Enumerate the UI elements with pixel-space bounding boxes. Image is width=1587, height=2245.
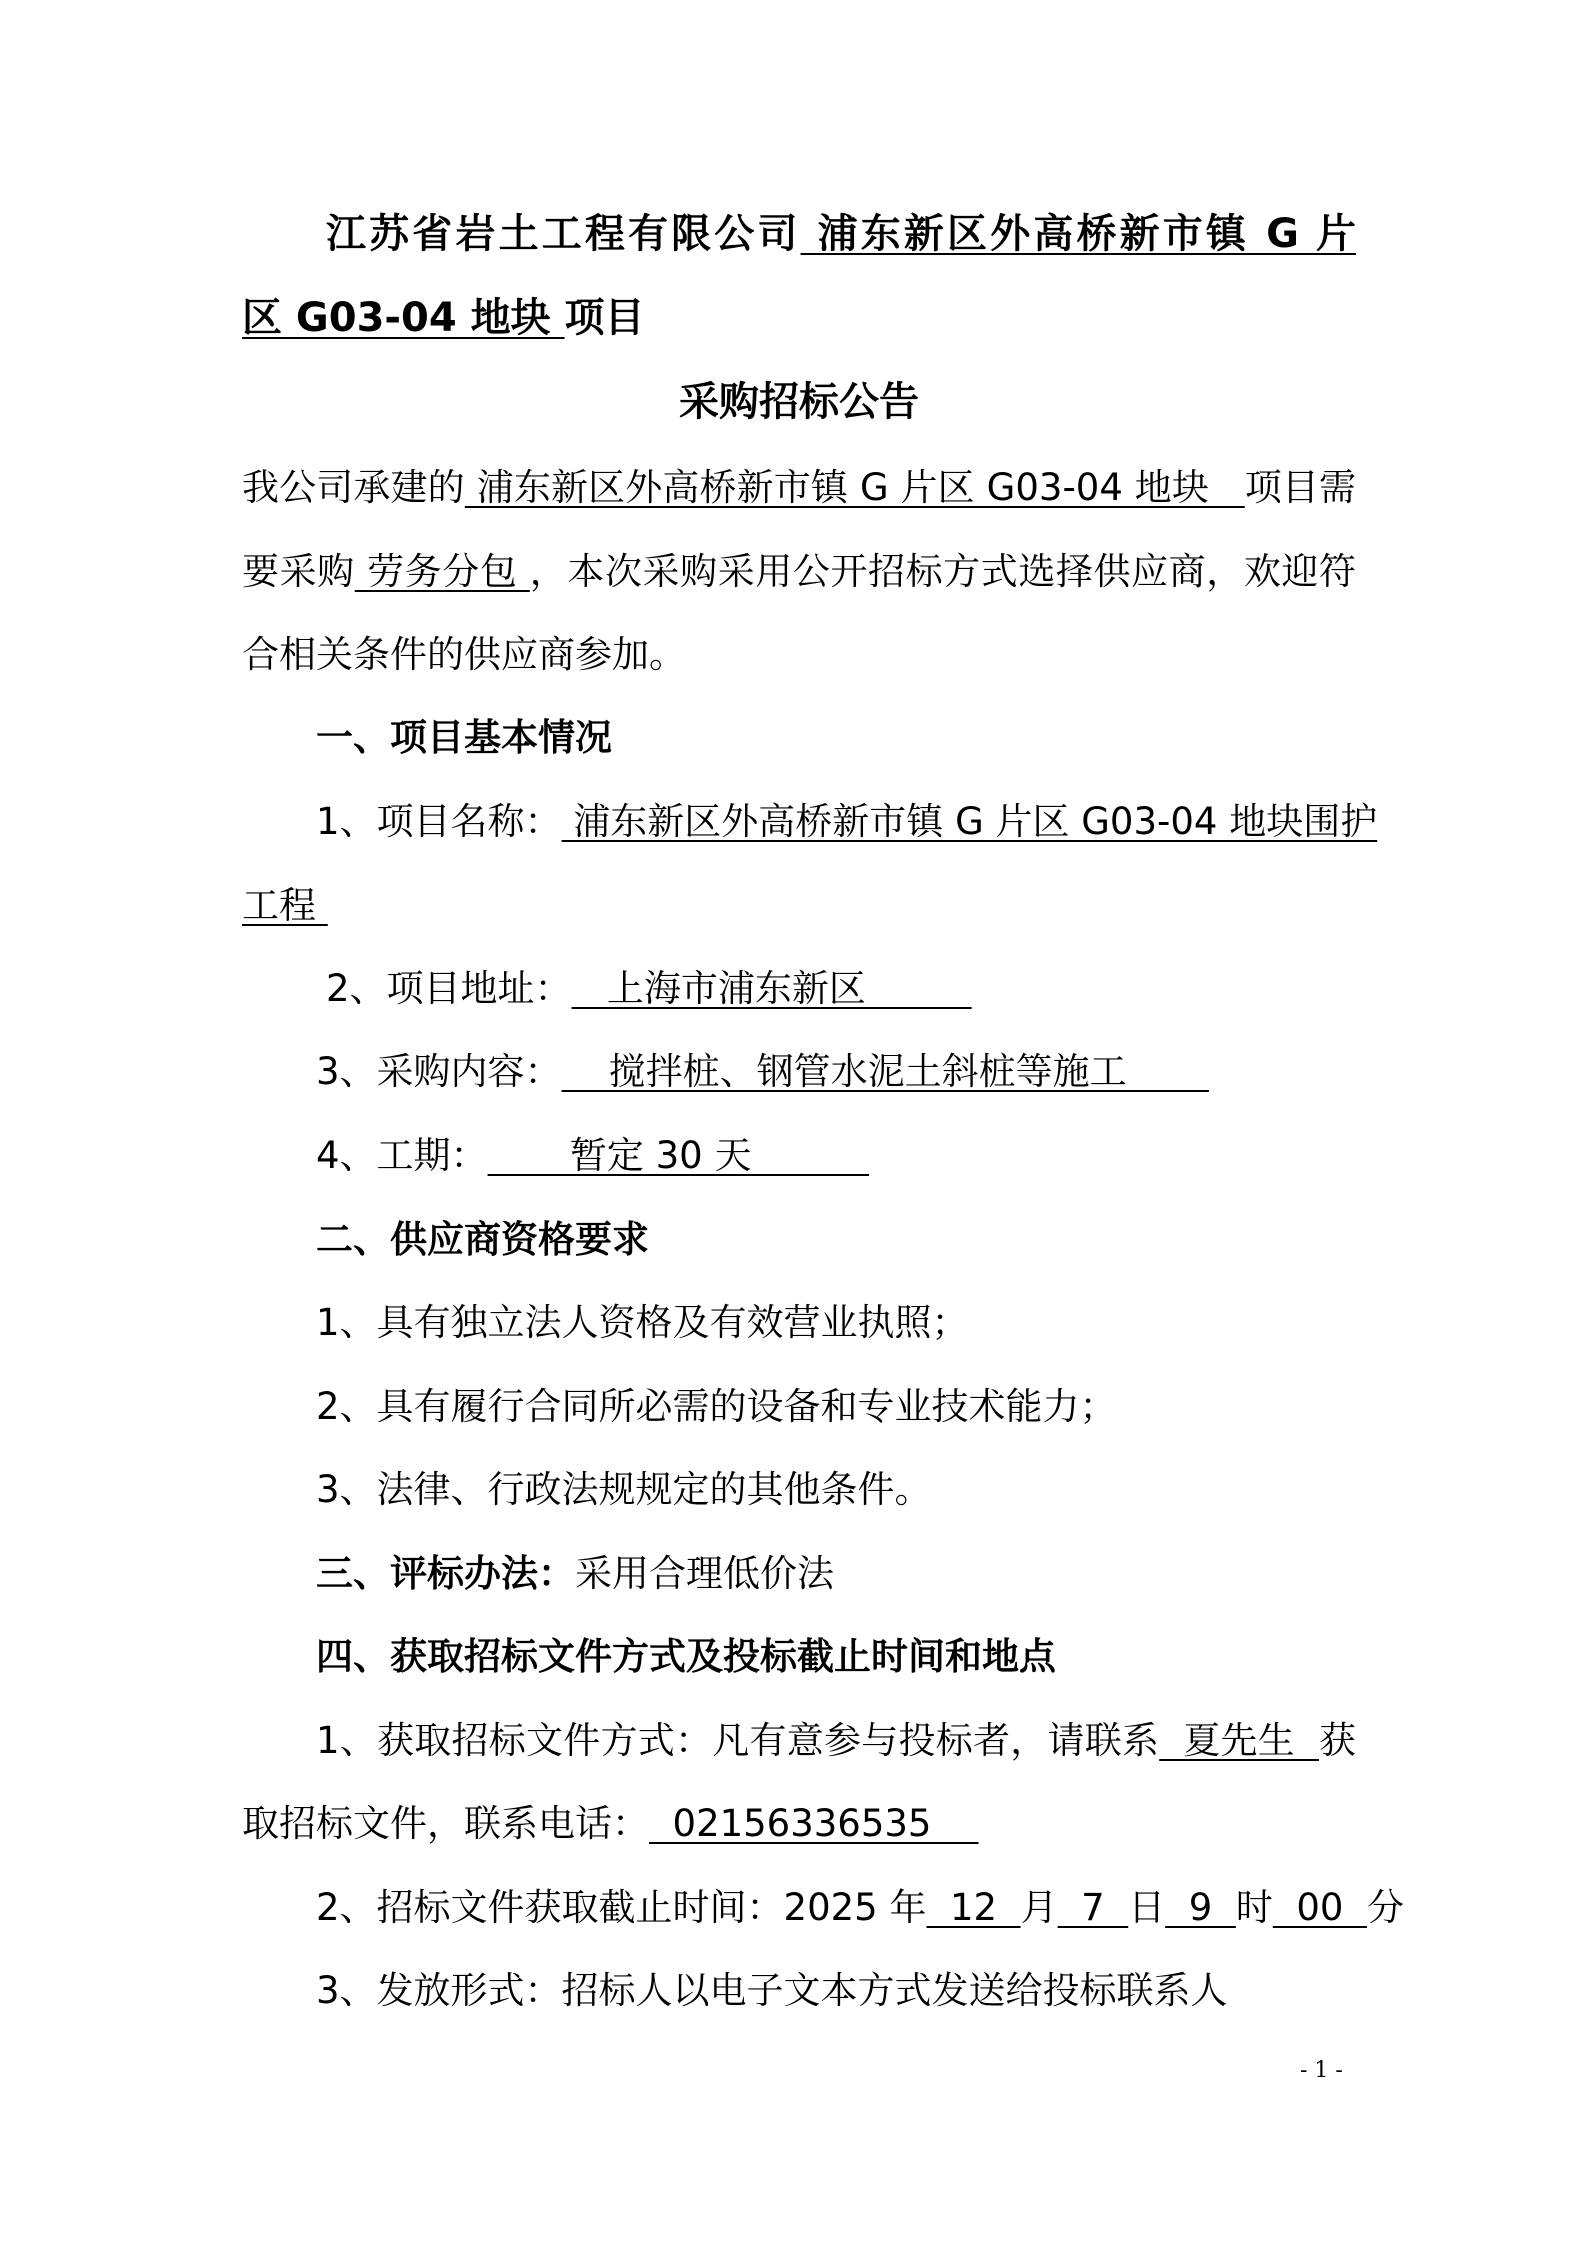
intro-line-3: 合相关条件的供应商参加。 — [242, 633, 1356, 677]
duration-row: 4、工期： 暂定 30 天 — [316, 1134, 1356, 1178]
evaluation-method: 采用合理低价法 — [575, 1552, 834, 1595]
duration-label: 4、工期： — [316, 1134, 488, 1177]
deadline-label: 2、招标文件获取截止时间：2025 年 — [316, 1886, 926, 1929]
project-name-label: 1、项目名称： — [316, 800, 562, 843]
qualification-item: 2、具有履行合同所必需的设备和专业技术能力； — [316, 1385, 1356, 1429]
title-project-part1: 浦东新区外高桥新市镇 G 片 — [801, 211, 1356, 257]
minute-unit: 分 — [1367, 1886, 1404, 1929]
obtain-method-row: 1、获取招标文件方式：凡有意参与投标者，请联系 夏先生 获 — [316, 1719, 1356, 1763]
section-1-heading: 一、项目基本情况 — [316, 716, 1356, 760]
project-name-value: 浦东新区外高桥新市镇 G 片区 G03-04 地块围护 — [562, 800, 1378, 843]
deadline-month: 12 — [926, 1886, 1020, 1929]
title-suffix: 项目 — [565, 295, 645, 341]
section-3-row: 三、评标办法：采用合理低价法 — [316, 1552, 1356, 1596]
procurement-item: 劳务分包 — [355, 550, 530, 593]
deadline-hour: 9 — [1165, 1886, 1236, 1929]
title-line-1: 江苏省岩土工程有限公司 浦东新区外高桥新市镇 G 片 — [242, 212, 1356, 256]
project-address-row: 2、项目地址： 上海市浦东新区 — [326, 967, 1366, 1011]
procurement-content-label: 3、采购内容： — [316, 1050, 562, 1093]
project-address-value: 上海市浦东新区 — [572, 967, 972, 1010]
deadline-minute: 00 — [1273, 1886, 1367, 1929]
title-project-part2: 区 G03-04 地块 — [242, 295, 565, 341]
contact-phone: 02156336535 — [649, 1802, 979, 1845]
month-unit: 月 — [1021, 1886, 1058, 1929]
page-title: 采购招标公告 — [242, 380, 1356, 424]
procurement-content-row: 3、采购内容： 搅拌桩、钢管水泥土斜桩等施工 — [316, 1050, 1356, 1094]
project-name-row-2: 工程 — [242, 884, 1356, 928]
distribution-row: 3、发放形式：招标人以电子文本方式发送给投标联系人 — [316, 1969, 1356, 2013]
qualification-item: 3、法律、行政法规规定的其他条件。 — [316, 1468, 1356, 1512]
intro-text: 要采购 — [242, 550, 355, 593]
section-2-heading: 二、供应商资格要求 — [316, 1218, 1356, 1262]
obtain-method-text: 获 — [1319, 1719, 1356, 1762]
title-line-2: 区 G03-04 地块 项目 — [242, 296, 1356, 340]
duration-value: 暂定 30 天 — [488, 1134, 870, 1177]
intro-line-2: 要采购 劳务分包 ，本次采购采用公开招标方式选择供应商，欢迎符 — [242, 550, 1356, 594]
procurement-content-value: 搅拌桩、钢管水泥土斜桩等施工 — [562, 1050, 1209, 1093]
company-name: 江苏省岩土工程有限公司 — [242, 211, 801, 257]
deadline-row: 2、招标文件获取截止时间：2025 年 12 月 7 日 9 时 00 分 — [316, 1886, 1356, 1930]
project-name-value-cont: 工程 — [242, 884, 328, 927]
obtain-method-text: 1、获取招标文件方式：凡有意参与投标者，请联系 — [316, 1719, 1159, 1762]
qualification-item: 1、具有独立法人资格及有效营业执照； — [316, 1301, 1356, 1345]
contact-phone-label: 取招标文件，联系电话： — [242, 1802, 649, 1845]
day-unit: 日 — [1128, 1886, 1165, 1929]
section-4-heading: 四、获取招标文件方式及投标截止时间和地点 — [316, 1635, 1356, 1679]
contact-person: 夏先生 — [1159, 1719, 1319, 1762]
intro-text: 我公司承建的 — [242, 466, 465, 509]
intro-text: 项目需 — [1245, 466, 1356, 509]
deadline-day: 7 — [1058, 1886, 1129, 1929]
intro-project: 浦东新区外高桥新市镇 G 片区 G03-04 地块 — [465, 466, 1245, 509]
section-3-heading: 三、评标办法： — [316, 1552, 575, 1595]
intro-line-1: 我公司承建的 浦东新区外高桥新市镇 G 片区 G03-04 地块 项目需 — [242, 466, 1356, 510]
contact-phone-row: 取招标文件，联系电话： 02156336535 — [242, 1802, 1356, 1846]
page-number: - 1 - — [1300, 2058, 1343, 2083]
project-address-label: 2、项目地址： — [326, 967, 572, 1010]
project-name-row: 1、项目名称： 浦东新区外高桥新市镇 G 片区 G03-04 地块围护 — [316, 800, 1356, 844]
hour-unit: 时 — [1236, 1886, 1273, 1929]
intro-text: ，本次采购采用公开招标方式选择供应商，欢迎符 — [530, 550, 1356, 593]
